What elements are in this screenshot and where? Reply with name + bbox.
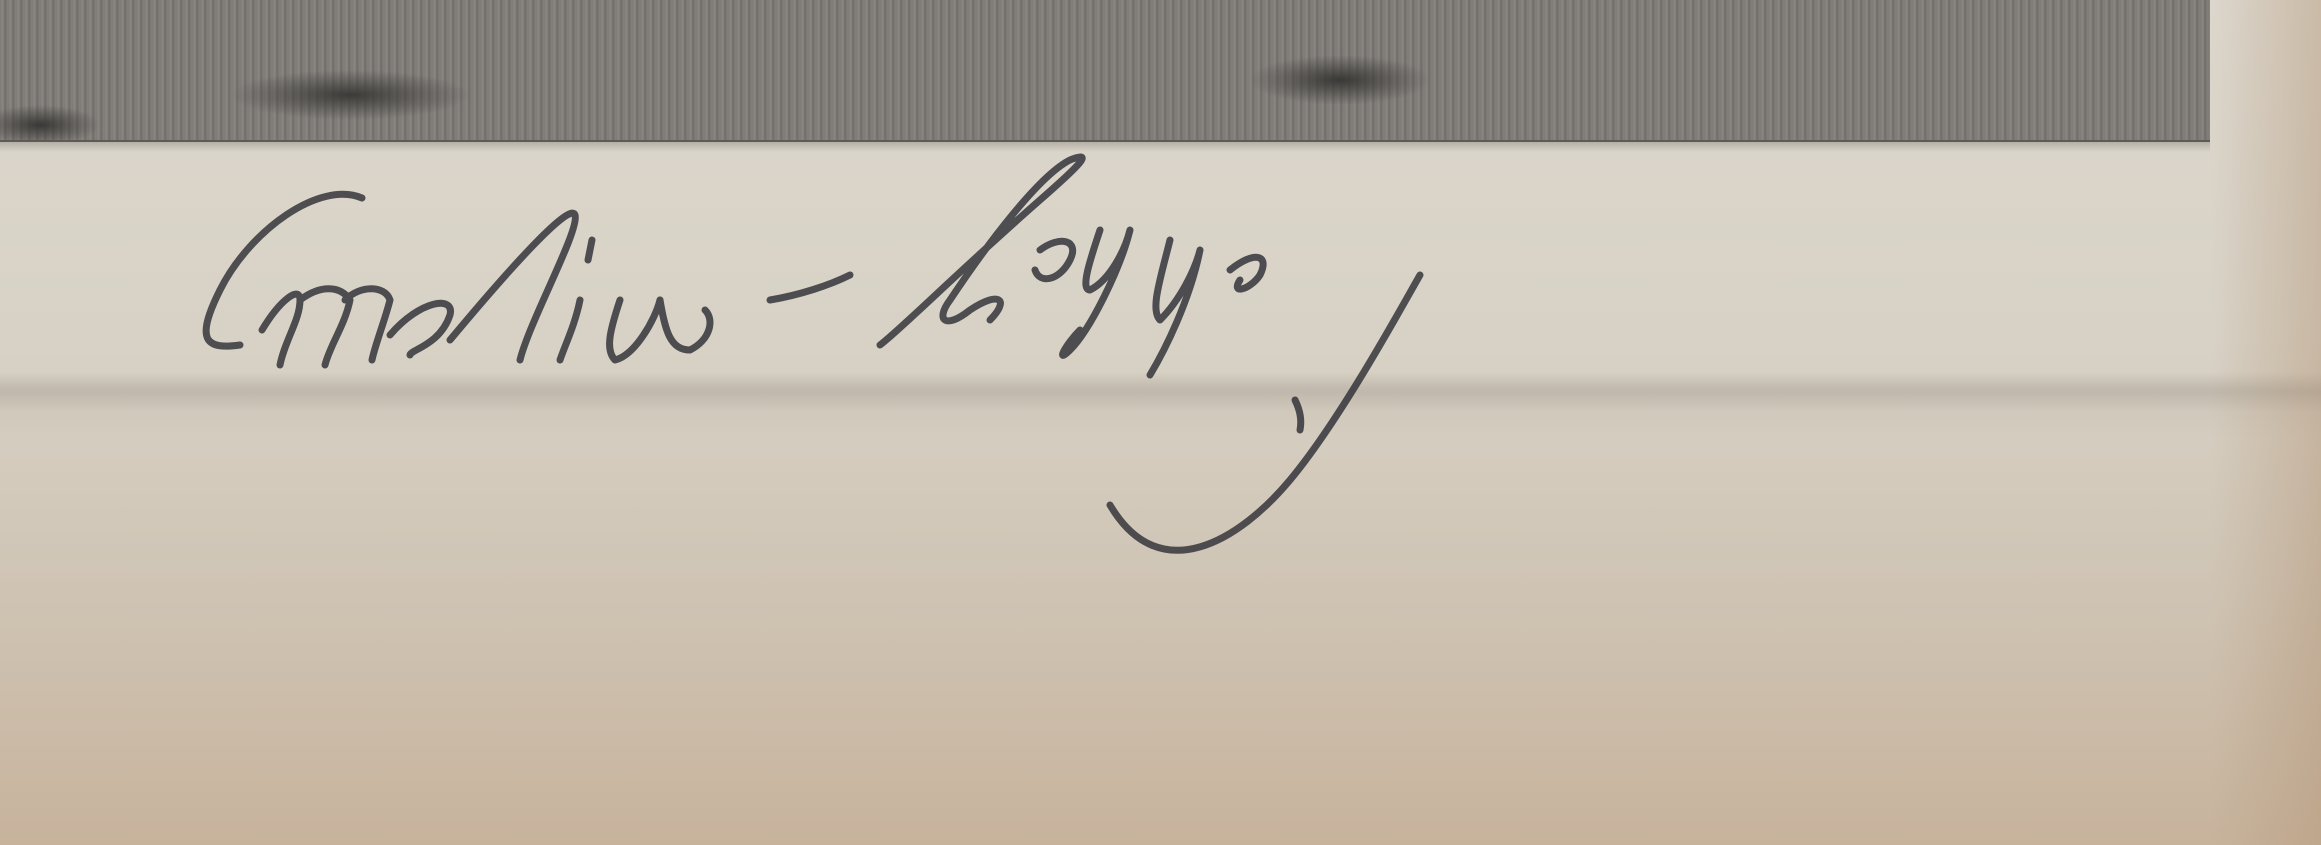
pencil-signature: [0, 0, 2321, 845]
signature-text: Cornelius-Royge: [200, 150, 1264, 289]
